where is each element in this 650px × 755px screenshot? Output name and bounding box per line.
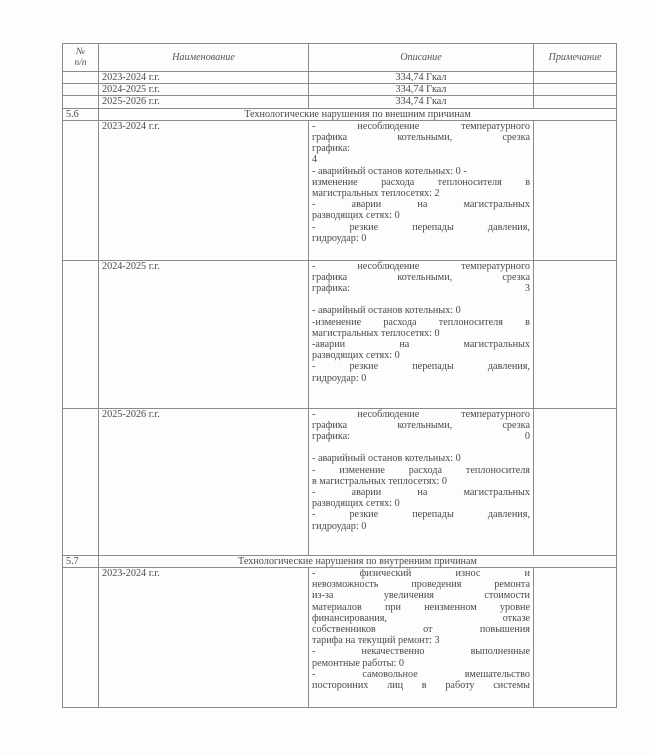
desc-line: графика котельными, срезка (312, 272, 530, 283)
desc-line-with-value: графика: 3 (312, 283, 530, 294)
desc-line: - резкие перепады давления, (312, 361, 530, 372)
desc-line: графика: (312, 143, 530, 154)
row-description: - несоблюдение температурного графика ко… (309, 260, 534, 408)
desc-line: - аварийный останов котельных: 0 - (312, 166, 530, 177)
desc-value: 4 (312, 154, 530, 165)
desc-line: тарифа на текущий ремонт: 3 (312, 635, 530, 646)
table-row: 2024-2025 г.г. 334,74 Гкал (63, 84, 617, 96)
row-note (534, 120, 617, 260)
blank-line (312, 294, 530, 305)
row-period: 2025-2026 г.г. (99, 408, 309, 555)
desc-line: магистральных теплосетях: 0 (312, 328, 530, 339)
desc-line: - физический износ и (312, 568, 530, 579)
desc-line: разводящих сетях: 0 (312, 210, 530, 221)
desc-line: материалов при неизменном уровне (312, 602, 530, 613)
desc-line: гидроудар: 0 (312, 521, 530, 532)
desc-value: 3 (525, 283, 530, 294)
section-title: Технологические нарушения по внешним при… (99, 108, 617, 120)
row-number (63, 408, 99, 555)
section-number: 5.6 (63, 108, 99, 120)
desc-line: - аварийный останов котельных: 0 (312, 453, 530, 464)
desc-line: - аварийный останов котельных: 0 (312, 305, 530, 316)
desc-line: - резкие перепады давления, (312, 222, 530, 233)
desc-line: графика: (312, 283, 350, 294)
desc-line: финансирования, отказе (312, 613, 530, 624)
row-note (534, 260, 617, 408)
section-title: Технологические нарушения по внутренним … (99, 555, 617, 567)
table-row: 2025-2026 г.г. 334,74 Гкал (63, 96, 617, 108)
row-number (63, 96, 99, 108)
section-row-5-7: 5.7 Технологические нарушения по внутрен… (63, 555, 617, 567)
desc-line-with-value: графика: 0 (312, 431, 530, 442)
header-number-line2: п/п (66, 58, 95, 69)
row-number (63, 84, 99, 96)
desc-line: гидроудар: 0 (312, 373, 530, 384)
desc-line: изменение расхода теплоносителя в (312, 177, 530, 188)
row-value: 334,74 Гкал (309, 72, 534, 84)
table-row: 2023-2024 г.г. 334,74 Гкал (63, 72, 617, 84)
desc-line: разводящих сетях: 0 (312, 498, 530, 509)
desc-line: магистральных теплосетях: 2 (312, 188, 530, 199)
desc-line: невозможность проведения ремонта (312, 579, 530, 590)
desc-line: из-за увеличения стоимости (312, 590, 530, 601)
row-number (63, 260, 99, 408)
row-description: - несоблюдение температурного графика ко… (309, 408, 534, 555)
header-note: Примечание (534, 44, 617, 72)
desc-line: -изменение расхода теплоносителя в (312, 317, 530, 328)
desc-line: графика: (312, 431, 350, 442)
desc-line: - некачественно выполненные (312, 646, 530, 657)
row-note (534, 568, 617, 708)
header-name: Наименование (99, 44, 309, 72)
desc-line: - несоблюдение температурного (312, 409, 530, 420)
header-number: № п/п (63, 44, 99, 72)
section-number: 5.7 (63, 555, 99, 567)
desc-line: - резкие перепады давления, (312, 509, 530, 520)
document-table: № п/п Наименование Описание Примечание 2… (62, 43, 617, 708)
desc-value: 0 (525, 431, 530, 442)
table-row: 2023-2024 г.г. - несоблюдение температур… (63, 120, 617, 260)
row-number (63, 72, 99, 84)
table-row: 2023-2024 г.г. - физический износ и нево… (63, 568, 617, 708)
row-note (534, 408, 617, 555)
desc-line: посторонних лиц в работу системы (312, 680, 530, 691)
row-period: 2025-2026 г.г. (99, 96, 309, 108)
row-number (63, 568, 99, 708)
row-description: - несоблюдение температурного графика ко… (309, 120, 534, 260)
desc-line: - аварии на магистральных (312, 487, 530, 498)
table-header-row: № п/п Наименование Описание Примечание (63, 44, 617, 72)
desc-line: ремонтные работы: 0 (312, 658, 530, 669)
desc-line: гидроудар: 0 (312, 233, 530, 244)
desc-line: разводящих сетях: 0 (312, 350, 530, 361)
desc-line: -аварии на магистральных (312, 339, 530, 350)
table-row: 2025-2026 г.г. - несоблюдение температур… (63, 408, 617, 555)
section-row-5-6: 5.6 Технологические нарушения по внешним… (63, 108, 617, 120)
row-period: 2024-2025 г.г. (99, 84, 309, 96)
row-period: 2023-2024 г.г. (99, 72, 309, 84)
blank-line (312, 442, 530, 453)
row-note (534, 84, 617, 96)
desc-line: - изменение расхода теплоносителя (312, 465, 530, 476)
desc-line: - самовольное вмешательство (312, 669, 530, 680)
row-description: - физический износ и невозможность прове… (309, 568, 534, 708)
desc-line: собственников от повышения (312, 624, 530, 635)
row-period: 2023-2024 г.г. (99, 568, 309, 708)
header-number-line1: № (66, 47, 95, 58)
desc-line: графика котельными, срезка (312, 420, 530, 431)
row-value: 334,74 Гкал (309, 96, 534, 108)
desc-line: - аварии на магистральных (312, 199, 530, 210)
row-number (63, 120, 99, 260)
desc-line: графика котельными, срезка (312, 132, 530, 143)
row-note (534, 96, 617, 108)
desc-line: - несоблюдение температурного (312, 121, 530, 132)
desc-line: - несоблюдение температурного (312, 261, 530, 272)
row-value: 334,74 Гкал (309, 84, 534, 96)
header-description: Описание (309, 44, 534, 72)
row-period: 2023-2024 г.г. (99, 120, 309, 260)
table-row: 2024-2025 г.г. - несоблюдение температур… (63, 260, 617, 408)
row-note (534, 72, 617, 84)
desc-line: в магистральных теплосетях: 0 (312, 476, 530, 487)
row-period: 2024-2025 г.г. (99, 260, 309, 408)
